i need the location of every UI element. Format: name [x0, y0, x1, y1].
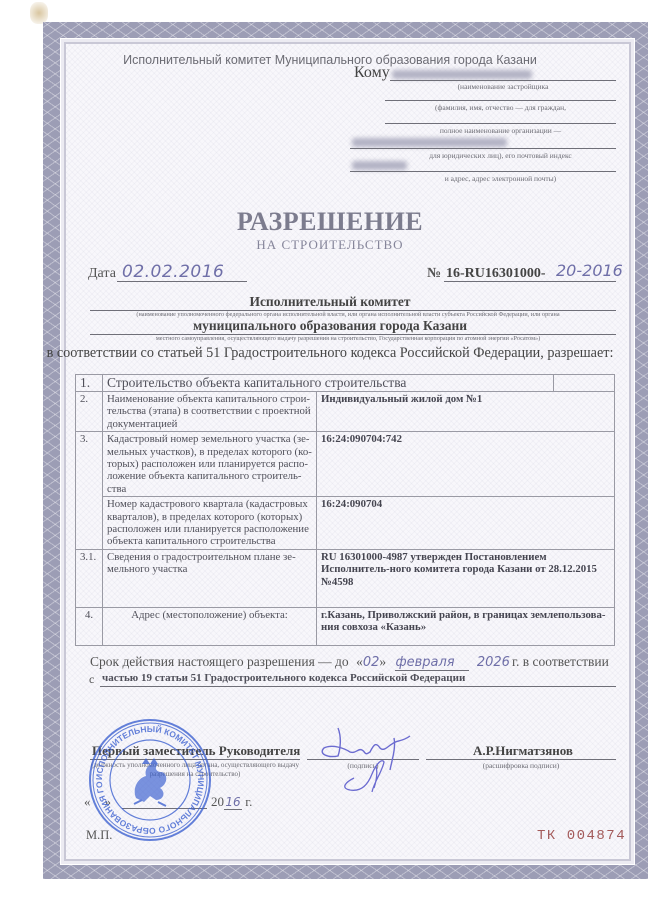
row-value: Индивидуальный жилой дом №1 [317, 392, 615, 432]
recipient-caption-2: (фамилия, имя, отчество — для граждан, [385, 103, 616, 112]
recipient-caption-4: для юридических лиц), его почтовый индек… [385, 151, 616, 160]
recipient-caption-3: полное наименование организации — [385, 126, 616, 135]
year-handwritten: 16 [224, 795, 242, 810]
seal-label: М.П. [86, 828, 112, 843]
validity-statement: Срок действия настоящего разрешения — до… [90, 654, 510, 671]
paper-stain [30, 2, 48, 24]
day-open-quote: « [84, 794, 91, 809]
basis-line [100, 686, 616, 687]
position-caption: (должность уполномоченного лица органа, … [90, 761, 300, 779]
validity-prefix: Срок действия настоящего разрешения — до [90, 654, 349, 669]
recipient-line-2 [385, 100, 616, 101]
authority-caption-2: местного самоуправления, осуществляющего… [70, 335, 626, 342]
signer-name: А.Р.Нигматзянов [473, 743, 573, 759]
basis-prefix: с [89, 672, 94, 687]
row-value: г.Казань, Приволжский район, в границах … [317, 607, 615, 645]
authority-caption-1: (наименование уполномоченного федерально… [70, 311, 626, 318]
number-label: № [427, 266, 441, 282]
row-label-text: Строительство объекта капитального строи… [107, 375, 406, 390]
row-value: 16:24:090704 [317, 497, 615, 550]
signature-caption: (подпись) [307, 761, 419, 770]
recipient-address-redacted [352, 138, 507, 147]
row-label: Сведения о градостроительном плане зе-ме… [103, 549, 317, 607]
sign-date-month-line [122, 808, 207, 809]
signer-caption: (расшифровка подписи) [426, 761, 616, 770]
recipient-line-3 [385, 123, 616, 124]
row-label: Адрес (местоположение) объекта: [103, 607, 317, 645]
sign-date-year: 2016 г. [211, 794, 252, 810]
recipient-line-5 [350, 171, 616, 172]
row-label: Наименование объекта капитального строи-… [103, 392, 317, 432]
recipient-address-line2-redacted [352, 161, 407, 170]
day-close-quote: » [105, 794, 112, 809]
recipient-line-4 [350, 148, 616, 149]
authority-line-2: муниципального образования города Казани [0, 318, 660, 334]
table-row: 1. Строительство объекта капитального ст… [76, 375, 615, 392]
row-number: 1. [76, 375, 103, 392]
permit-details-table: 1. Строительство объекта капитального ст… [75, 374, 615, 646]
table-row: 2. Наименование объекта капитального стр… [76, 392, 615, 432]
number-handwritten: 20-2016 [556, 261, 623, 280]
year-suffix: г. [245, 794, 252, 809]
row-extra-cell [554, 375, 615, 392]
row-label: Кадастровый номер земельного участка (зе… [103, 432, 317, 497]
document-title: РАЗРЕШЕНИЕ [0, 207, 660, 237]
recipient-name-redacted [392, 70, 532, 79]
recipient-caption-5: и адрес, адрес электронной почты) [385, 174, 616, 183]
signer-position: Первый заместитель Руководителя [92, 743, 300, 759]
row-number: 3. [76, 432, 103, 550]
row-number: 3.1. [76, 549, 103, 607]
validity-day: 02 [363, 655, 380, 670]
form-serial-number: ТК 004874 [537, 828, 626, 844]
number-line [444, 281, 616, 282]
year-prefix: 20 [211, 794, 224, 809]
position-line [90, 759, 300, 760]
validity-year: 2026 [477, 655, 510, 670]
table-row: 4. Адрес (местоположение) объекта: г.Каз… [76, 607, 615, 645]
document-subtitle: НА СТРОИТЕЛЬСТВО [0, 237, 660, 253]
validity-suffix: г. в соответствии [512, 654, 609, 670]
signature-line [307, 759, 419, 760]
date-value: 02.02.2016 [122, 262, 224, 282]
row-value: 16:24:090704:742 [317, 432, 615, 497]
table-row: Номер кадастрового квартала (кадастровых… [76, 497, 615, 550]
table-row: 3.1. Сведения о градостроительном плане … [76, 549, 615, 607]
row-label: Строительство объекта капитального строи… [103, 375, 554, 392]
validity-basis: частью 19 статьи 51 Градостроительного к… [102, 672, 465, 684]
validity-month: февраля [395, 655, 469, 671]
row-label: Номер кадастрового квартала (кадастровых… [103, 497, 317, 550]
row-value: RU 16301000-4987 утвержден Постановление… [317, 549, 615, 607]
number-printed: 16-RU16301000- [446, 266, 546, 282]
recipient-caption-1: (наименование застройщика [390, 82, 616, 91]
sign-date-day: «» [84, 794, 111, 810]
table-row: 3. Кадастровый номер земельного участка … [76, 432, 615, 497]
date-label: Дата [88, 266, 116, 282]
recipient-label: Кому [354, 64, 390, 82]
authority-line-1: Исполнительный комитет [0, 294, 660, 310]
recipient-name-line [390, 80, 616, 81]
row-number: 2. [76, 392, 103, 432]
signer-name-line [426, 759, 616, 760]
per-article-statement: в соответствии со статьей 51 Градостроит… [0, 345, 660, 362]
date-line [117, 281, 247, 282]
row-number: 4. [76, 607, 103, 645]
issuer-header: Исполнительный комитет Муниципального об… [0, 53, 660, 67]
